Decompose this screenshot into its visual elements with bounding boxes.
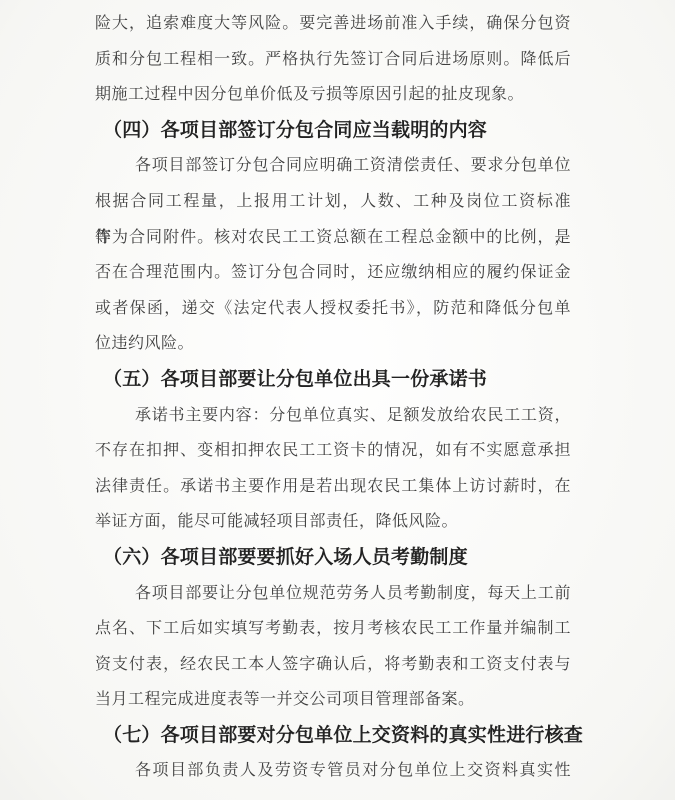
text-line: 或者保函，递交《法定代表人授权委托书》，防范和降低分包单 xyxy=(95,291,571,327)
text-line: 各项目部要让分包单位规范劳务人员考勤制度，每天上工前 xyxy=(95,576,571,612)
text-line: 险大，追索难度大等风险。要完善进场前准入手续，确保分包资 xyxy=(95,6,571,42)
text-line: 不存在扣押、变相扣押农民工工资卡的情况，如有不实愿意承担 xyxy=(95,433,571,469)
text-line: 质和分包工程相一致。严格执行先签订合同后进场原则。降低后 xyxy=(95,42,571,78)
text-line: 当月工程完成进度表等一并交公司项目管理部备案。 xyxy=(95,682,571,718)
text-line: 期施工过程中因分包单价低及亏损等原因引起的扯皮现象。 xyxy=(95,77,571,113)
section-heading-7: （七）各项目部要对分包单位上交资料的真实性进行核查 xyxy=(95,718,571,754)
text-line: 承诺书主要内容：分包单位真实、足额发放给农民工工资， xyxy=(95,398,571,434)
document-page: 险大，追索难度大等风险。要完善进场前准入手续，确保分包资 质和分包工程相一致。严… xyxy=(0,0,675,800)
section-heading-4: （四）各项目部签订分包合同应当载明的内容 xyxy=(95,113,571,149)
text-line: 作为合同附件。核对农民工工资总额在工程总金额中的比例，是 xyxy=(95,220,571,256)
document-text-block: 险大，追索难度大等风险。要完善进场前准入手续，确保分包资 质和分包工程相一致。严… xyxy=(95,6,571,789)
text-line: 举证方面，能尽可能减轻项目部责任，降低风险。 xyxy=(95,504,571,540)
text-line: 否在合理范围内。签订分包合同时，还应缴纳相应的履约保证金 xyxy=(95,255,571,291)
text-line: 点名、下工后如实填写考勤表，按月考核农民工工作量并编制工 xyxy=(95,611,571,647)
text-line: 各项目部负责人及劳资专管员对分包单位上交资料真实性 xyxy=(95,753,571,789)
text-line: 资支付表，经农民工本人签字确认后，将考勤表和工资支付表与 xyxy=(95,647,571,683)
section-heading-6: （六）各项目部要要抓好入场人员考勤制度 xyxy=(95,540,571,576)
text-line: 根据合同工程量，上报用工计划，人数、工种及岗位工资标准等， xyxy=(95,184,571,220)
text-line: 各项目部签订分包合同应明确工资清偿责任、要求分包单位 xyxy=(95,148,571,184)
text-line: 法律责任。承诺书主要作用是若出现农民工集体上访讨薪时，在 xyxy=(95,469,571,505)
text-line: 位违约风险。 xyxy=(95,326,571,362)
section-heading-5: （五）各项目部要让分包单位出具一份承诺书 xyxy=(95,362,571,398)
